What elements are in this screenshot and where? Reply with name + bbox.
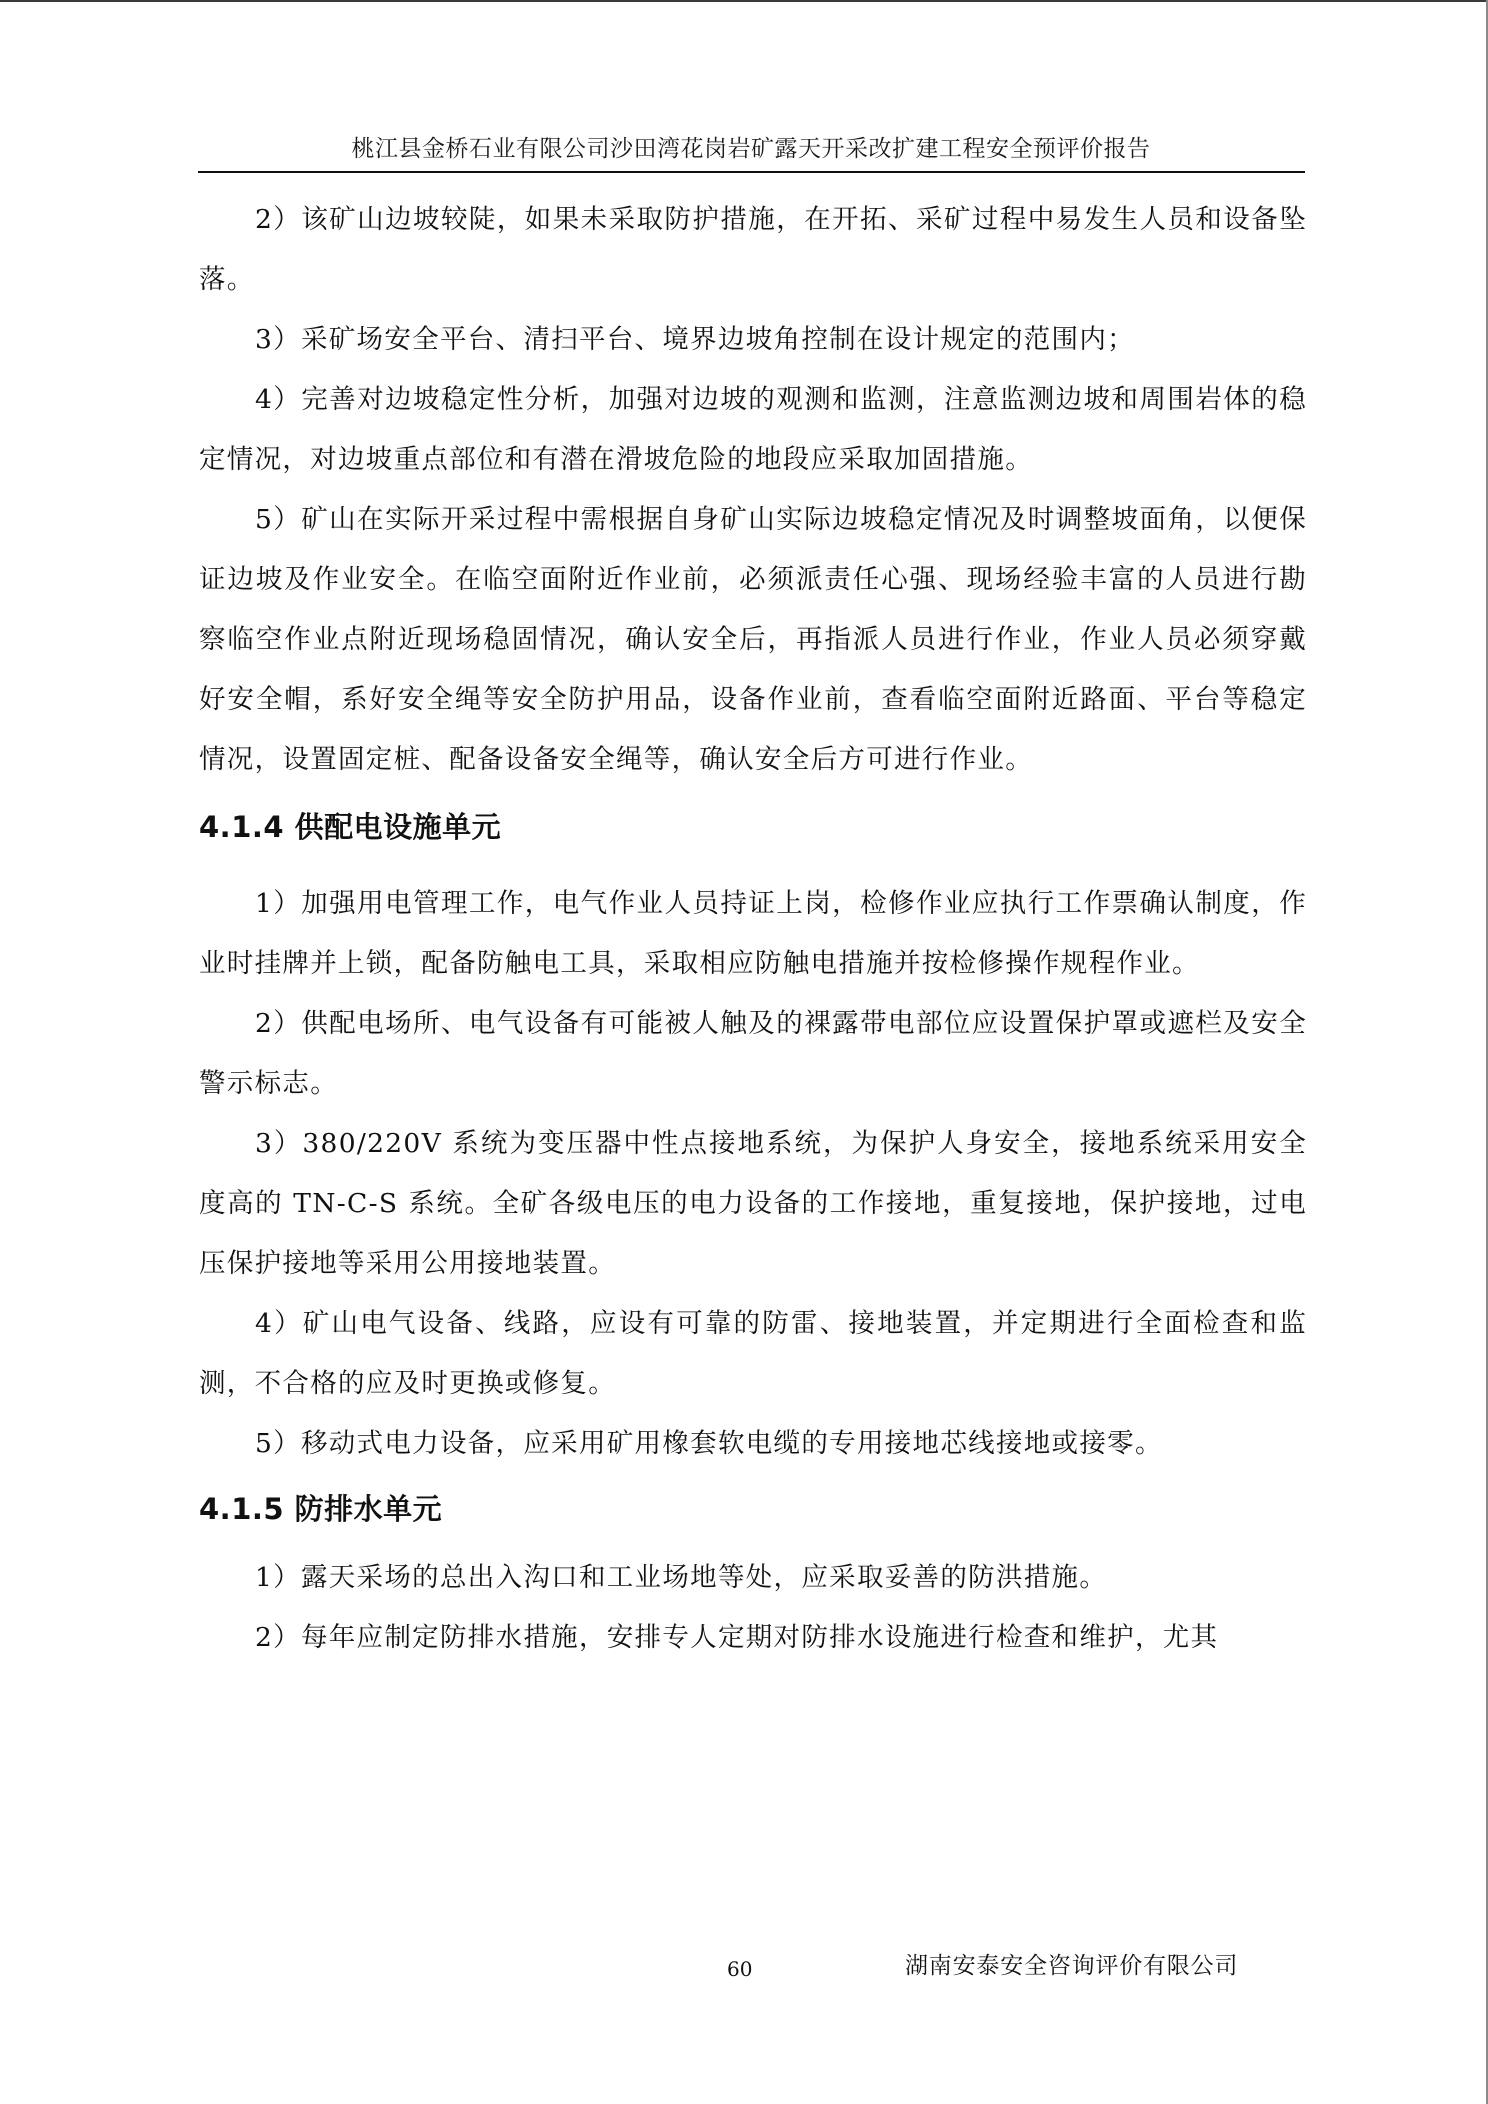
page-top-border [0,0,1488,2]
paragraph-power-item-3: 3）380/220V 系统为变压器中性点接地系统，为保护人身安全，接地系统采用安… [199,1114,1307,1294]
paragraph-slope-item-4: 4）完善对边坡稳定性分析，加强对边坡的观测和监测，注意监测边坡和周围岩体的稳定情… [199,370,1307,490]
paragraph-slope-item-5: 5）矿山在实际开采过程中需根据自身矿山实际边坡稳定情况及时调整坡面角，以便保证边… [199,490,1307,790]
paragraph-drainage-item-2: 2）每年应制定防排水措施，安排专人定期对防排水设施进行检查和维护，尤其 [199,1608,1307,1668]
paragraph-power-item-1: 1）加强用电管理工作，电气作业人员持证上岗，检修作业应执行工作票确认制度，作业时… [199,874,1307,994]
paragraph-drainage-item-1: 1）露天采场的总出入沟口和工业场地等处，应采取妥善的防洪措施。 [199,1548,1307,1608]
header-divider [198,171,1305,173]
section-heading-drainage: 4.1.5 防排水单元 [199,1484,1307,1534]
page-number: 60 [727,1955,752,1983]
paragraph-slope-item-3: 3）采矿场安全平台、清扫平台、境界边坡角控制在设计规定的范围内； [199,310,1307,370]
document-body: 2）该矿山边坡较陡，如果未采取防护措施，在开拓、采矿过程中易发生人员和设备坠落。… [199,190,1307,1668]
section-heading-power-supply: 4.1.4 供配电设施单元 [199,802,1307,852]
paragraph-slope-item-2: 2）该矿山边坡较陡，如果未采取防护措施，在开拓、采矿过程中易发生人员和设备坠落。 [199,190,1307,310]
paragraph-power-item-4: 4）矿山电气设备、线路，应设有可靠的防雷、接地装置，并定期进行全面检查和监测，不… [199,1294,1307,1414]
footer-company-name: 湖南安泰安全咨询评价有限公司 [905,1950,1238,1982]
running-header-title: 桃江县金桥石业有限公司沙田湾花岗岩矿露天开采改扩建工程安全预评价报告 [198,132,1304,166]
paragraph-power-item-2: 2）供配电场所、电气设备有可能被人触及的裸露带电部位应设置保护罩或遮栏及安全警示… [199,994,1307,1114]
paragraph-power-item-5: 5）移动式电力设备，应采用矿用橡套软电缆的专用接地芯线接地或接零。 [199,1414,1307,1474]
